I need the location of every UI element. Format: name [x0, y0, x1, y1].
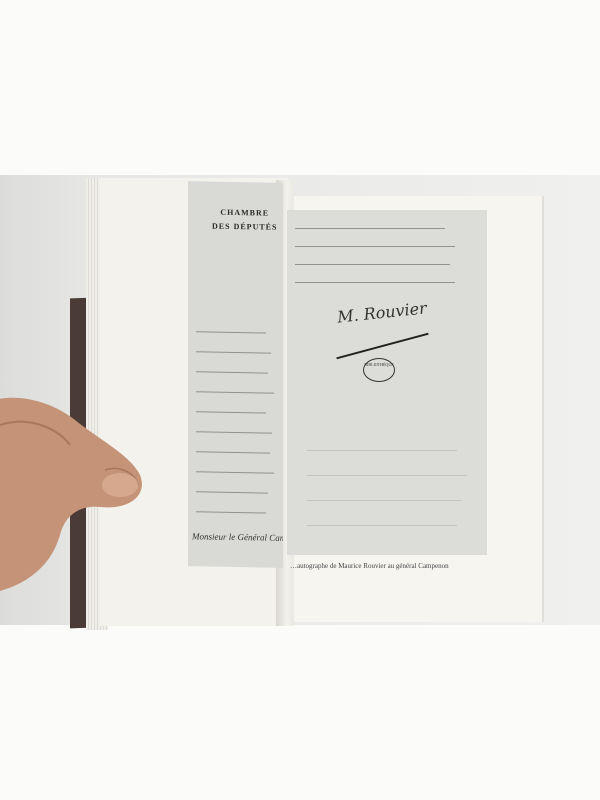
- handwriting-line: [295, 228, 445, 229]
- handwriting-line: [196, 351, 271, 353]
- handwriting-line: [196, 471, 274, 473]
- handwriting-line: [196, 411, 266, 413]
- background-top: [0, 0, 600, 175]
- letterhead-line-1: CHAMBRE: [212, 206, 277, 221]
- handwriting-line: [196, 511, 266, 513]
- background-bottom: [0, 625, 600, 800]
- handwriting-line: [196, 371, 268, 373]
- faint-line: [307, 525, 457, 526]
- faint-line: [307, 450, 457, 451]
- handwriting-line: [295, 282, 455, 283]
- library-stamp: BIBLIOTHÈQUE: [363, 358, 395, 382]
- handwriting-line: [196, 451, 270, 453]
- handwriting-line: [295, 246, 455, 247]
- hand: [0, 385, 160, 595]
- salutation: Monsieur le Général Campenon: [192, 531, 283, 543]
- faint-line: [307, 475, 467, 476]
- handwriting-line: [196, 431, 272, 433]
- letterhead: CHAMBRE DES DÉPUTÉS: [212, 206, 277, 235]
- signature-underline: [336, 333, 428, 360]
- figure-caption: …autographe de Maurice Rouvier au généra…: [290, 562, 449, 570]
- faint-line: [307, 500, 462, 501]
- letterhead-line-2: DES DÉPUTÉS: [212, 220, 277, 235]
- signature: M. Rouvier: [336, 298, 427, 326]
- letter-facsimile-right: M. Rouvier BIBLIOTHÈQUE: [287, 210, 487, 555]
- letter-facsimile-left: CHAMBRE DES DÉPUTÉS Monsieur le Général …: [188, 181, 283, 568]
- handwriting-line: [196, 491, 268, 493]
- handwriting-line: [196, 391, 274, 393]
- handwriting-line: [196, 331, 266, 333]
- handwriting-line: [295, 264, 450, 265]
